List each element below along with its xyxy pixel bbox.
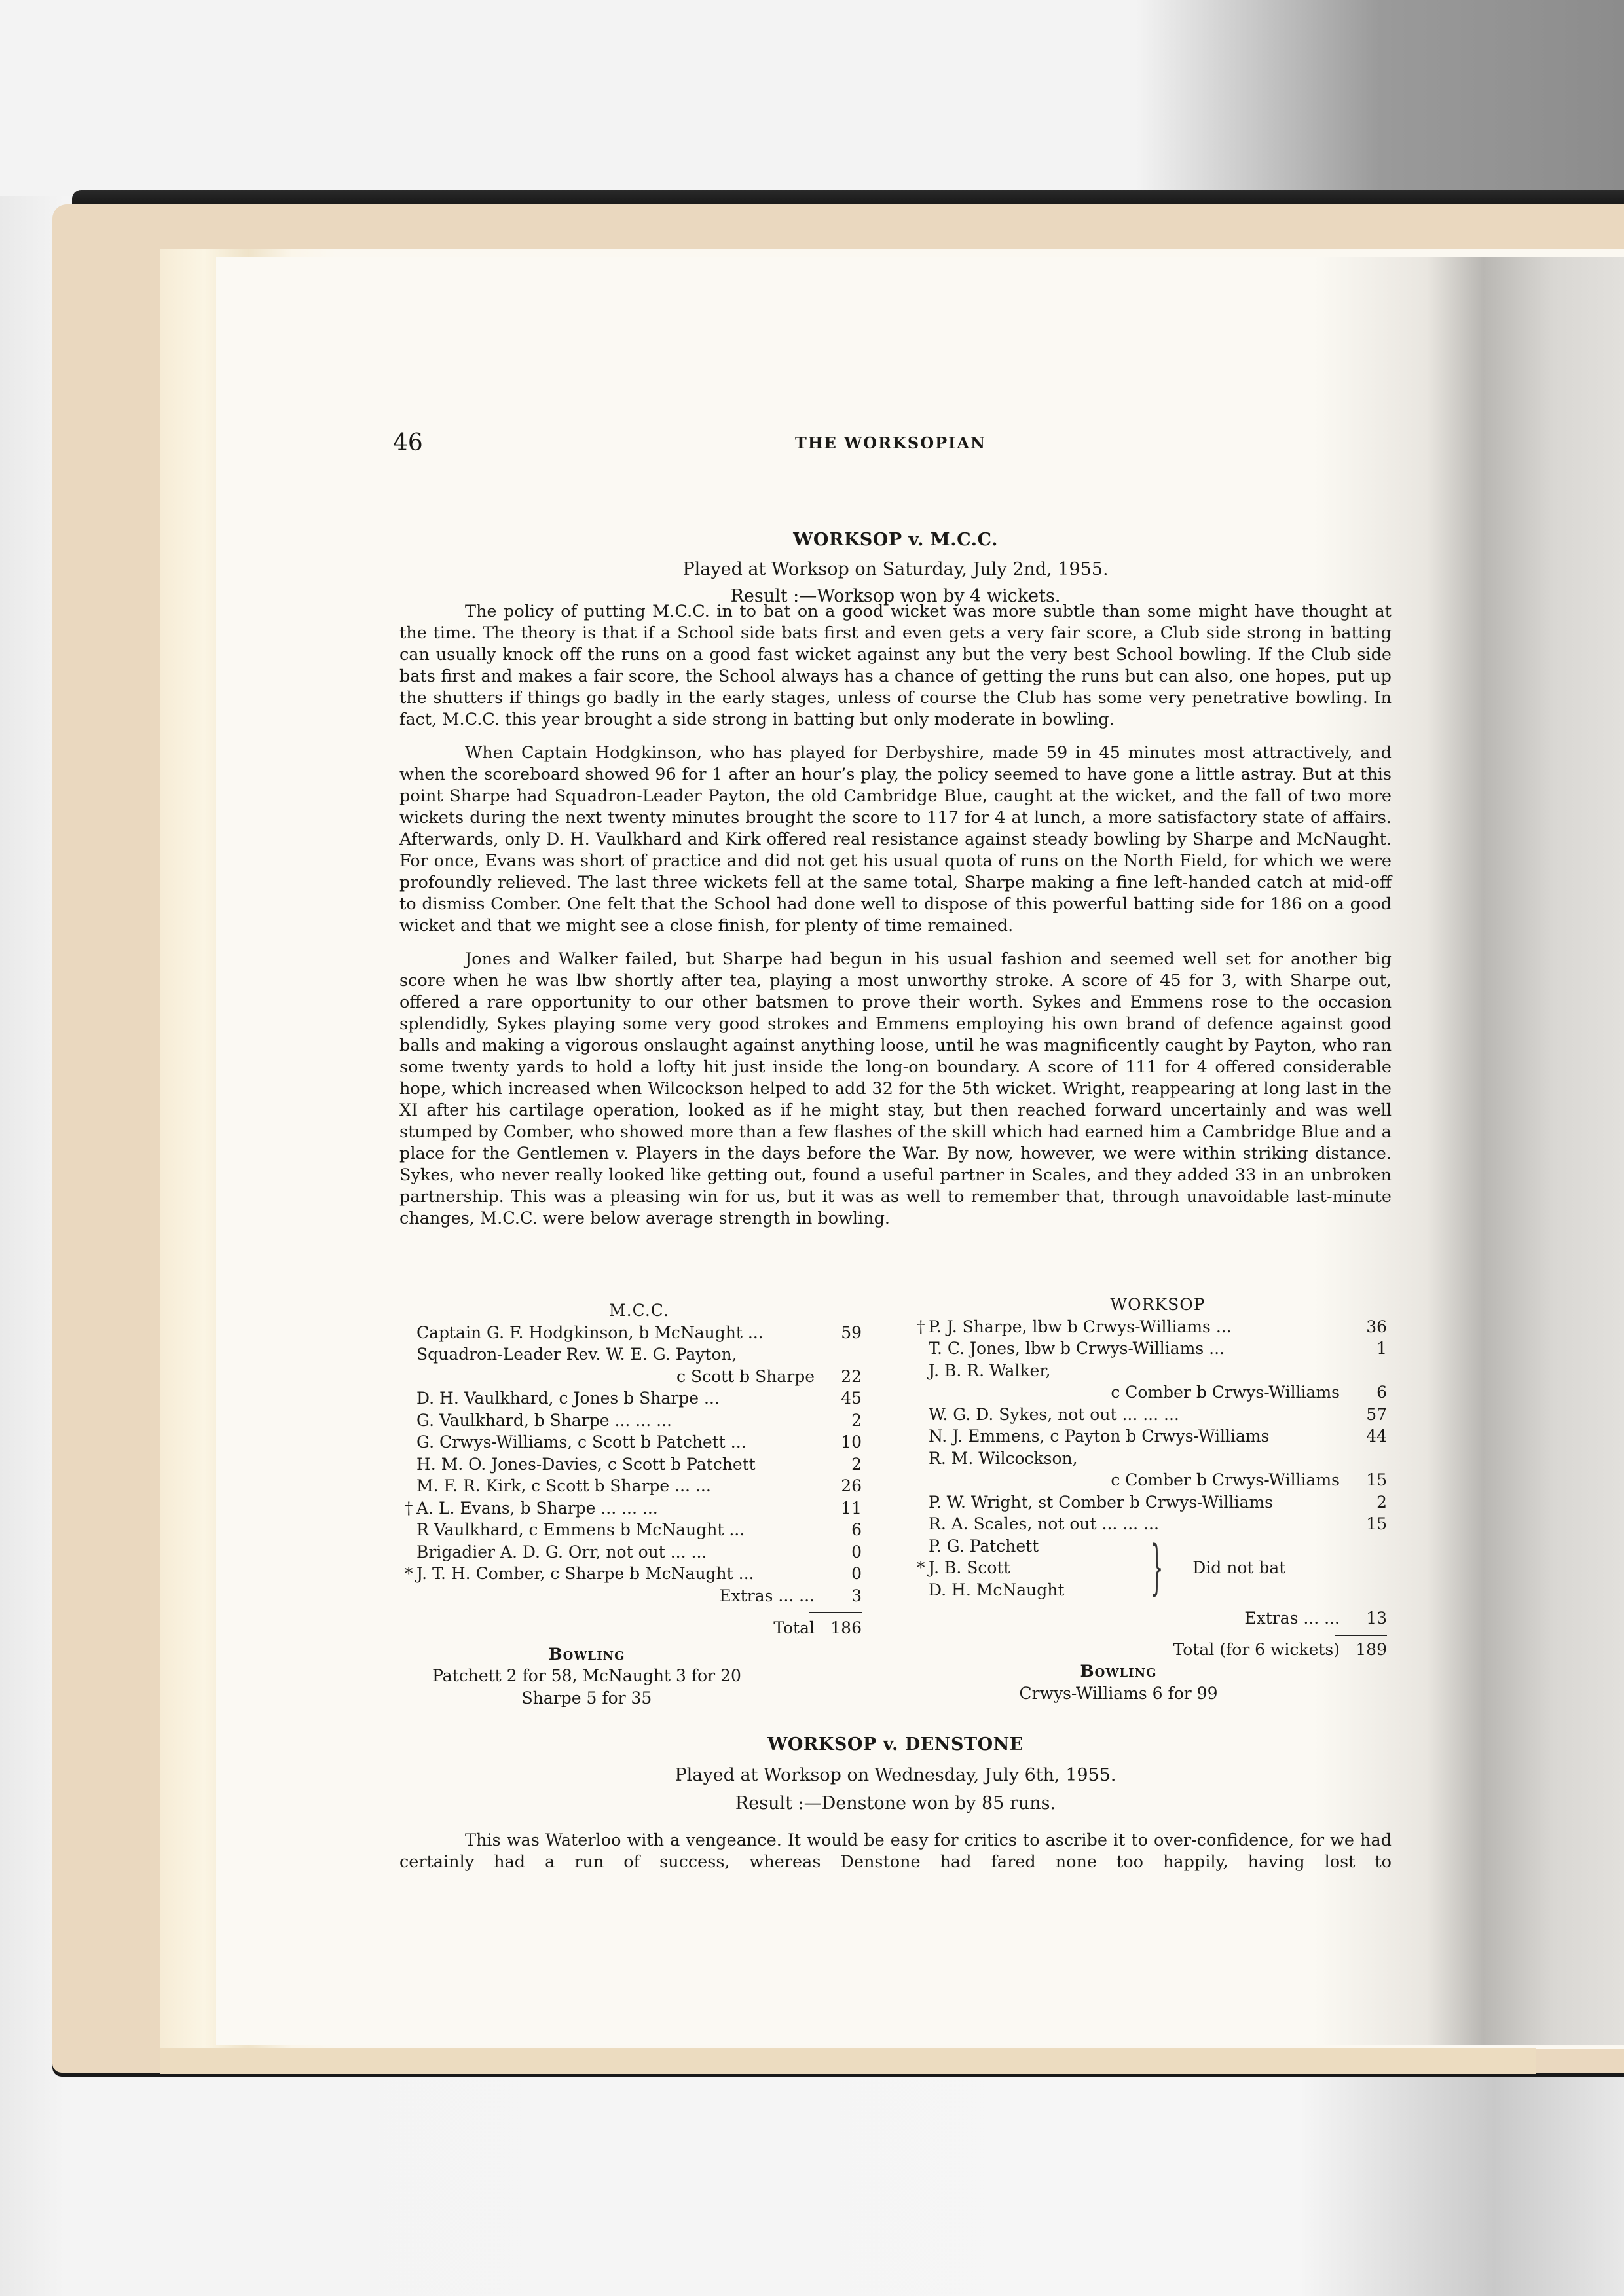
- mcc-scorecard: M.C.C. Captain G. F. Hodgkinson, b McNau…: [416, 1300, 862, 1709]
- extras-row: Extras ... ...13: [929, 1607, 1387, 1630]
- captain-mark: *: [917, 1557, 929, 1579]
- match2-result: Result :—Denstone won by 85 runs.: [399, 1793, 1392, 1814]
- batting-row: R Vaulkhard, c Emmens b McNaught ...6: [416, 1519, 862, 1541]
- report-paragraph: When Captain Hodgkinson, who has played …: [399, 742, 1392, 937]
- batting-row: M. F. R. Kirk, c Scott b Sharpe ... ...2…: [416, 1475, 862, 1497]
- bowling-heading: Bowling: [416, 1643, 757, 1666]
- captain-mark: *: [405, 1563, 416, 1585]
- batting-row: R. M. Wilcockson,: [929, 1448, 1387, 1470]
- total-row: Total (for 6 wickets)189: [929, 1639, 1387, 1661]
- cover-bottom-edge: [160, 2048, 1536, 2074]
- batting-row: D. H. Vaulkhard, c Jones b Sharpe ...45: [416, 1387, 862, 1410]
- batting-row: H. M. O. Jones-Davies, c Scott b Patchet…: [416, 1453, 862, 1476]
- scorecard-title: WORKSOP: [929, 1294, 1387, 1316]
- report-paragraph: This was Waterloo with a vengeance. It w…: [399, 1830, 1392, 1873]
- match2-header: WORKSOP v. DENSTONE Played at Worksop on…: [399, 1734, 1392, 1873]
- batting-row: Captain G. F. Hodgkinson, b McNaught ...…: [416, 1322, 862, 1344]
- report-paragraph: The policy of putting M.C.C. in to bat o…: [399, 601, 1392, 731]
- batting-row: N. J. Emmens, c Payton b Crwys-Williams4…: [929, 1425, 1387, 1448]
- batting-row: W. G. D. Sykes, not out ... ... ...57: [929, 1404, 1387, 1426]
- total-row: Total186: [416, 1617, 862, 1639]
- did-not-bat-label: Did not bat: [1192, 1557, 1285, 1579]
- total-rule: [809, 1612, 862, 1613]
- match1-report: The policy of putting M.C.C. in to bat o…: [399, 601, 1392, 1230]
- batting-row: *J. T. H. Comber, c Sharpe b McNaught ..…: [416, 1563, 862, 1585]
- batting-row: J. B. R. Walker,: [929, 1360, 1387, 1382]
- batting-row-continuation: c Scott b Sharpe22: [416, 1366, 862, 1388]
- report-paragraph: Jones and Walker failed, but Sharpe had …: [399, 949, 1392, 1230]
- batting-row-continuation: c Comber b Crwys-Williams15: [929, 1469, 1387, 1491]
- match2-played: Played at Worksop on Wednesday, July 6th…: [399, 1764, 1392, 1786]
- match1-played: Played at Worksop on Saturday, July 2nd,…: [399, 558, 1392, 580]
- did-not-bat-group: P. G. Patchett *J. B. Scott D. H. McNaug…: [929, 1535, 1387, 1601]
- worksop-scorecard: WORKSOP †P. J. Sharpe, lbw b Crwys-Willi…: [929, 1294, 1387, 1704]
- total-rule: [1335, 1635, 1387, 1636]
- dnb-player: D. H. McNaught: [929, 1579, 1138, 1601]
- scorecard-title: M.C.C.: [416, 1300, 862, 1322]
- batting-row: Brigadier A. D. G. Orr, not out ... ...0: [416, 1541, 862, 1563]
- match1-header: WORKSOP v. M.C.C. Played at Worksop on S…: [399, 529, 1392, 607]
- batting-row: T. C. Jones, lbw b Crwys-Williams ...1: [929, 1338, 1387, 1360]
- batting-row: P. W. Wright, st Comber b Crwys-Williams…: [929, 1491, 1387, 1514]
- batting-row: †A. L. Evans, b Sharpe ... ... ...11: [416, 1497, 862, 1520]
- bowling-figures: Sharpe 5 for 35: [416, 1687, 757, 1709]
- running-head: 46 THE WORKSOPIAN: [393, 429, 1388, 456]
- dnb-player: P. G. Patchett: [929, 1535, 1138, 1558]
- match2-title: WORKSOP v. DENSTONE: [399, 1734, 1392, 1755]
- wicketkeeper-mark: †: [917, 1316, 929, 1338]
- running-title: THE WORKSOPIAN: [393, 433, 1388, 452]
- scanner-background: [0, 0, 1624, 196]
- dnb-player: *J. B. Scott: [929, 1557, 1138, 1579]
- batting-row: G. Crwys-Williams, c Scott b Patchett ..…: [416, 1431, 862, 1453]
- batting-row: G. Vaulkhard, b Sharpe ... ... ...2: [416, 1410, 862, 1432]
- bowling-figures: Patchett 2 for 58, McNaught 3 for 20: [416, 1665, 757, 1687]
- batting-row: R. A. Scales, not out ... ... ...15: [929, 1513, 1387, 1535]
- bowling-heading: Bowling: [929, 1660, 1308, 1683]
- extras-row: Extras ... ...3: [416, 1585, 862, 1607]
- wicketkeeper-mark: †: [405, 1497, 416, 1520]
- batting-row-continuation: c Comber b Crwys-Williams6: [929, 1381, 1387, 1404]
- brace-icon: }: [1151, 1539, 1164, 1597]
- bowling-figures: Crwys-Williams 6 for 99: [929, 1683, 1308, 1705]
- match1-title: WORKSOP v. M.C.C.: [399, 529, 1392, 551]
- batting-row: Squadron-Leader Rev. W. E. G. Payton,: [416, 1343, 862, 1366]
- batting-row: †P. J. Sharpe, lbw b Crwys-Williams ...3…: [929, 1316, 1387, 1338]
